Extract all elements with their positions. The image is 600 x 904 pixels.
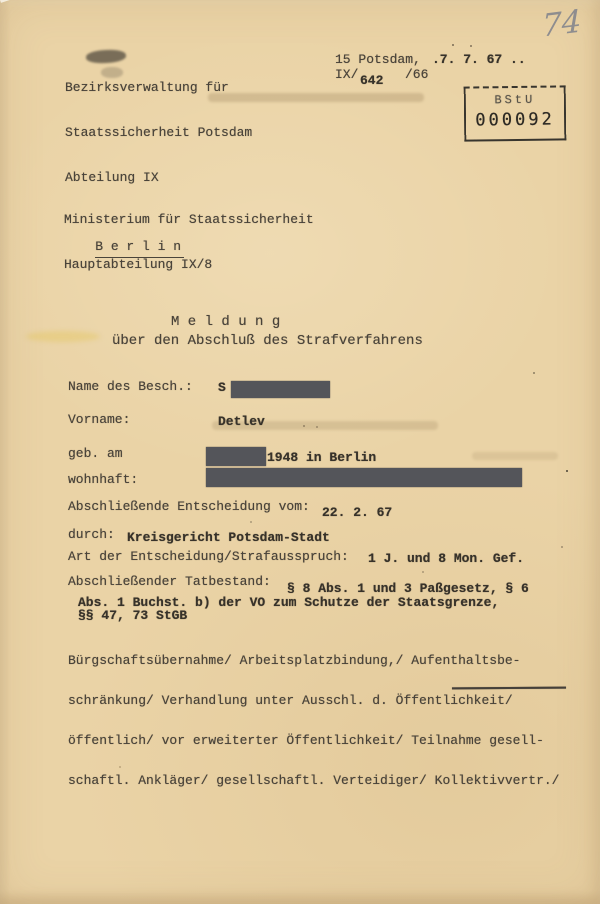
dateline-place: 15 Potsdam, (335, 52, 421, 67)
ink-specks (0, 0, 2, 2)
footer-line-1: Bürgschaftsübernahme/ Arbeitsplatzbindun… (68, 654, 559, 667)
handwritten-page-number: 74 (542, 3, 582, 44)
bstu-stamp: BStU 000092 (464, 85, 567, 141)
field-label-wohnhaft: wohnhaft: (68, 472, 138, 487)
footer-paragraph: Bürgschaftsübernahme/ Arbeitsplatzbindun… (68, 627, 559, 815)
reference-prefix: IX/ (335, 67, 358, 82)
document-page: 74 Bezirksverwaltung für Staatssicherhei… (0, 0, 600, 904)
scan-edge-artifact (0, 0, 14, 3)
recipient-city-text: B e r l i n (95, 239, 184, 258)
footer-line-3: öffentlich/ vor erweiterter Öffentlichke… (68, 734, 559, 747)
field-value-tatbestand-3: §§ 47, 73 StGB (78, 608, 187, 623)
redaction-box-name (231, 381, 330, 398)
field-label-entscheidung: Abschließende Entscheidung vom: (68, 499, 310, 514)
bleed-through-text (472, 452, 558, 460)
sender-line-2: Staatssicherheit Potsdam (65, 125, 252, 140)
ink-smudge (101, 67, 123, 78)
field-value-tatbestand-1: § 8 Abs. 1 und 3 Paßgesetz, § 6 (287, 581, 529, 596)
field-label-name: Name des Besch.: (68, 379, 193, 394)
redaction-box-wohnhaft (206, 468, 522, 487)
field-value-durch: Kreisgericht Potsdam-Stadt (127, 530, 330, 545)
recipient-city: B e r l i n (64, 224, 184, 269)
field-value-name-prefix: S (218, 380, 226, 395)
stamp-number: 000092 (466, 109, 564, 130)
field-label-vorname: Vorname: (68, 412, 130, 427)
field-value-art: 1 J. und 8 Mon. Gef. (368, 551, 524, 566)
footer-line-2: schränkung/ Verhandlung unter Ausschl. d… (68, 694, 559, 707)
field-label-tatbestand: Abschließender Tatbestand: (68, 574, 271, 589)
redaction-box-geb (206, 447, 266, 466)
field-label-geb: geb. am (68, 446, 123, 461)
field-value-vorname: Detlev (218, 414, 265, 429)
reference-suffix: /66 (405, 67, 428, 82)
document-subtitle: über den Abschluß des Strafverfahrens (112, 334, 423, 349)
field-label-art: Art der Entscheidung/Strafausspruch: (68, 549, 349, 564)
document-title: M e l d u n g (171, 315, 280, 330)
sender-line-1: Bezirksverwaltung für (65, 80, 252, 95)
field-label-durch: durch: (68, 527, 115, 542)
field-value-entscheidung: 22. 2. 67 (322, 505, 392, 520)
field-value-geb-suffix: 1948 in Berlin (267, 450, 376, 465)
paper-stain (26, 331, 100, 342)
dateline-date: .7. 7. 67 .. (432, 52, 526, 67)
reference-number: 642 (360, 73, 383, 88)
stamp-org-label: BStU (466, 92, 564, 107)
footer-line-4: schaftl. Ankläger/ gesellschaftl. Vertei… (68, 774, 559, 787)
